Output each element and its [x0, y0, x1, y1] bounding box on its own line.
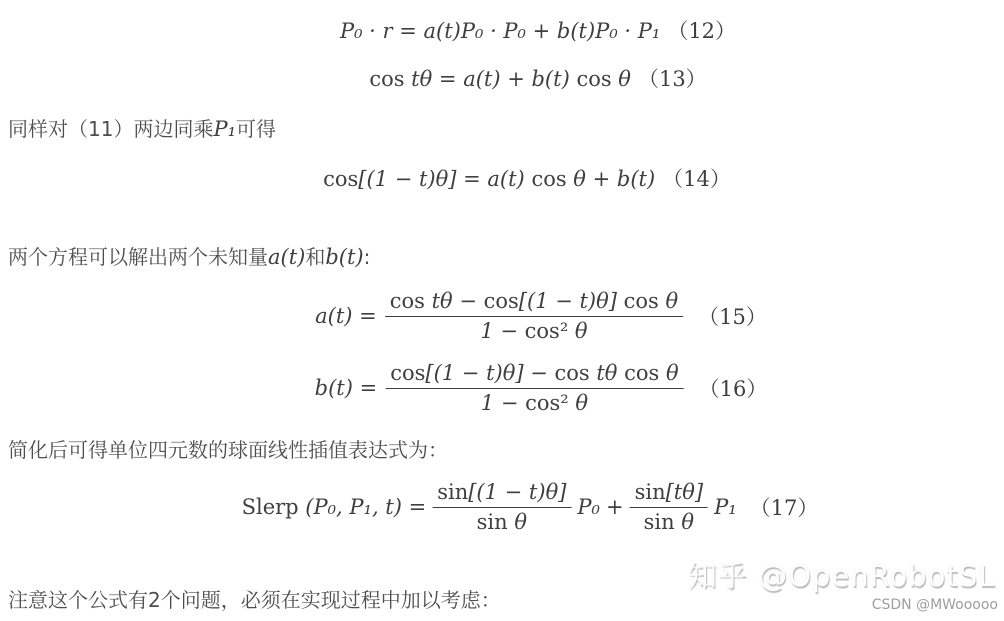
fraction: cos tθ − cos[(1 − t)θ] cos θ 1 − cos² θ — [385, 289, 683, 343]
equation-number: （13） — [638, 67, 707, 91]
equation-number: （16） — [699, 373, 768, 403]
equation-13: cos tθ = a(t) + b(t) cos θ（13） — [369, 63, 706, 93]
denominator: sin θ — [472, 508, 532, 534]
equation-number: （12） — [667, 19, 736, 43]
equation-lhs: Slerp (P₀, P₁, t) = — [242, 495, 427, 519]
equation-body: P₀ · r = a(t)P₀ · P₀ + b(t)P₀ · P₁ — [340, 19, 660, 43]
paragraph-two-problems: 注意这个公式有2个问题，必须在实现过程中加以考虑： — [8, 584, 501, 613]
paragraph-multiply-p1: 同样对（11）两边同乘P₁可得 — [8, 113, 276, 142]
equation-number: （14） — [662, 167, 731, 191]
equation-lhs: a(t) = — [315, 304, 377, 328]
equation-term-p0: P₀ — [577, 495, 600, 519]
numerator: cos tθ − cos[(1 − t)θ] cos θ — [385, 289, 683, 317]
equation-number: （17） — [750, 492, 819, 522]
numerator: sin[(1 − t)θ] — [432, 480, 571, 508]
plus-sign: + — [606, 495, 624, 519]
equation-15: a(t) = cos tθ − cos[(1 − t)θ] cos θ 1 − … — [315, 289, 767, 343]
fraction: cos[(1 − t)θ] − cos tθ cos θ 1 − cos² θ — [385, 361, 683, 415]
equation-14: cos[(1 − t)θ] = a(t) cos θ + b(t)（14） — [323, 163, 731, 193]
fraction: sin[(1 − t)θ] sin θ — [432, 480, 571, 534]
denominator: 1 − cos² θ — [476, 389, 593, 415]
equation-term-p1: P₁ — [714, 495, 737, 519]
equation-17: Slerp (P₀, P₁, t) = sin[(1 − t)θ] sin θ … — [242, 480, 819, 534]
equation-16: b(t) = cos[(1 − t)θ] − cos tθ cos θ 1 − … — [315, 361, 768, 415]
numerator: cos[(1 − t)θ] − cos tθ cos θ — [385, 361, 683, 389]
paragraph-slerp-intro: 简化后可得单位四元数的球面线性插值表达式为： — [8, 434, 448, 463]
paragraph-solve-unknowns: 两个方程可以解出两个未知量a(t)和b(t): — [8, 241, 370, 270]
equation-lhs: b(t) = — [315, 376, 378, 400]
equation-body: cos[(1 − t)θ] = a(t) cos θ + b(t) — [323, 167, 655, 191]
equation-body: cos tθ = a(t) + b(t) cos θ — [369, 67, 631, 91]
watermark-csdn: CSDN @MWooooo — [872, 597, 998, 613]
denominator: sin θ — [639, 508, 699, 534]
equation-12: P₀ · r = a(t)P₀ · P₀ + b(t)P₀ · P₁（12） — [340, 15, 736, 45]
equation-number: （15） — [698, 301, 767, 331]
fraction: sin[tθ] sin θ — [630, 480, 709, 534]
denominator: 1 − cos² θ — [475, 317, 592, 343]
watermark-zhihu: 知乎 @OpenRobotSL — [688, 554, 995, 595]
numerator: sin[tθ] — [630, 480, 709, 508]
article-page: P₀ · r = a(t)P₀ · P₀ + b(t)P₀ · P₁（12） c… — [0, 0, 1004, 621]
